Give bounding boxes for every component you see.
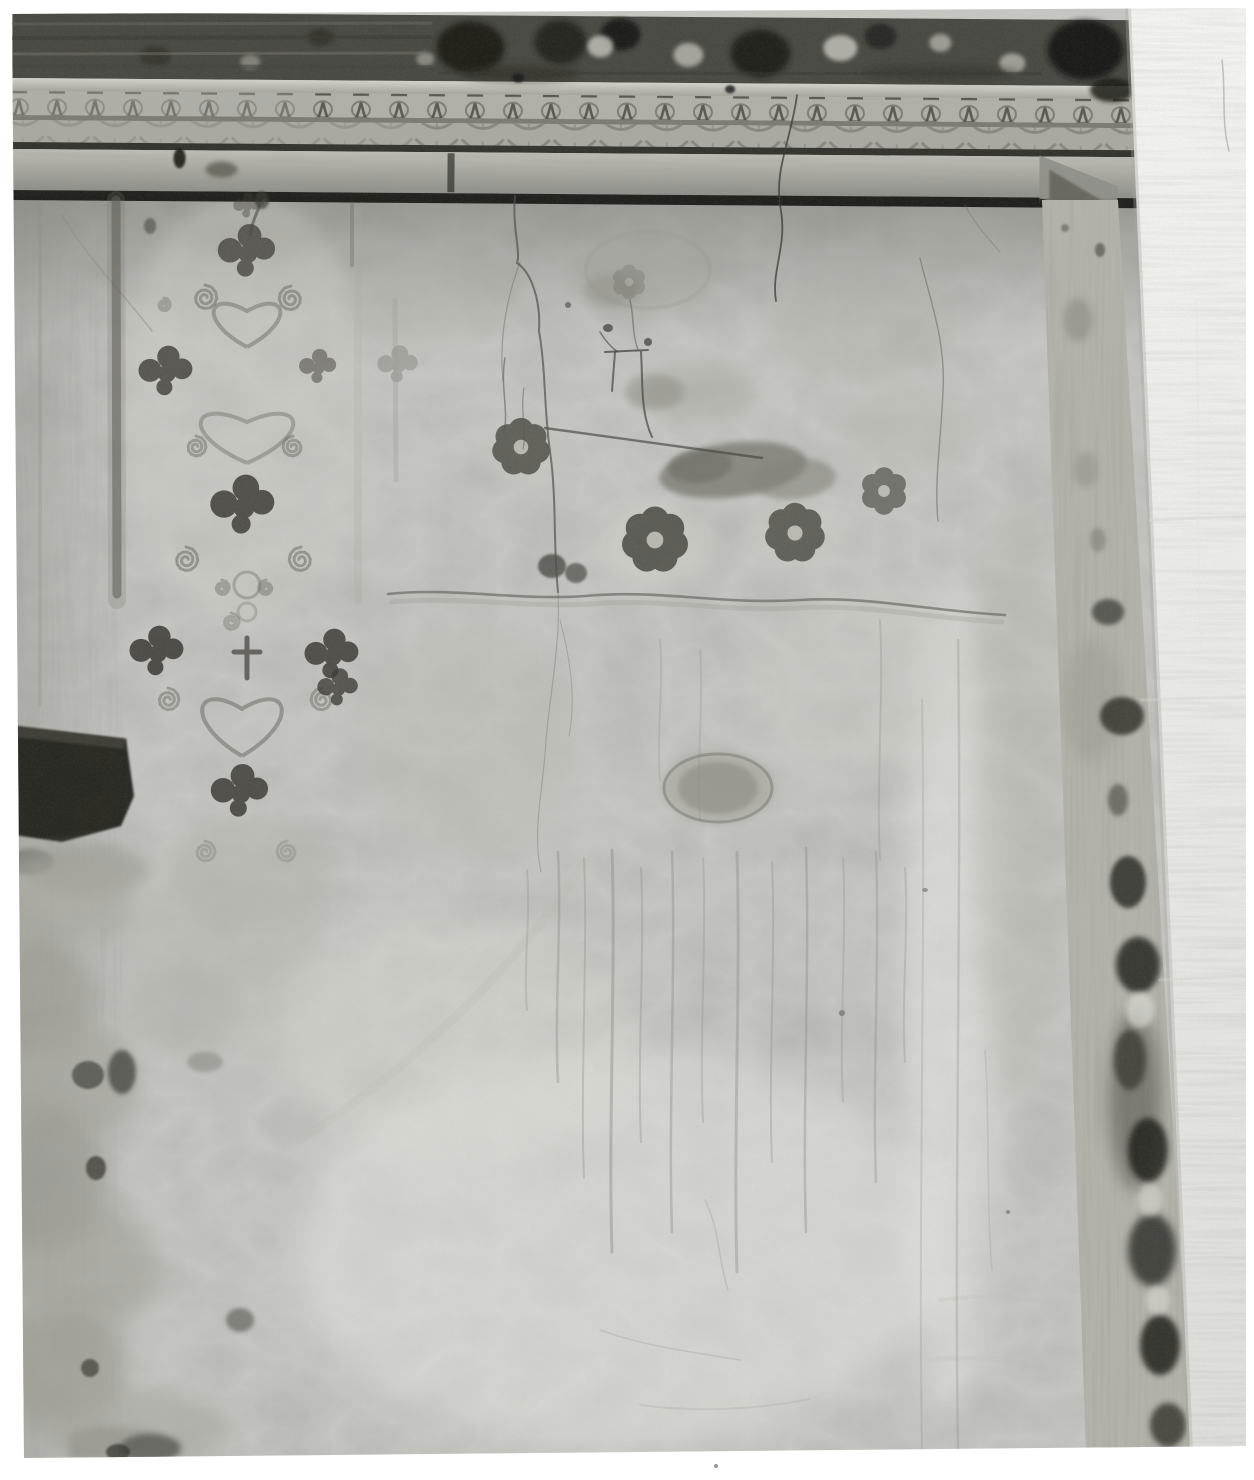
fresco-photograph	[0, 0, 1254, 1480]
film-grain	[12, 8, 1246, 1458]
photo-content	[0, 8, 1248, 1470]
photo-canvas	[0, 0, 1254, 1480]
border-dot	[714, 1464, 718, 1468]
